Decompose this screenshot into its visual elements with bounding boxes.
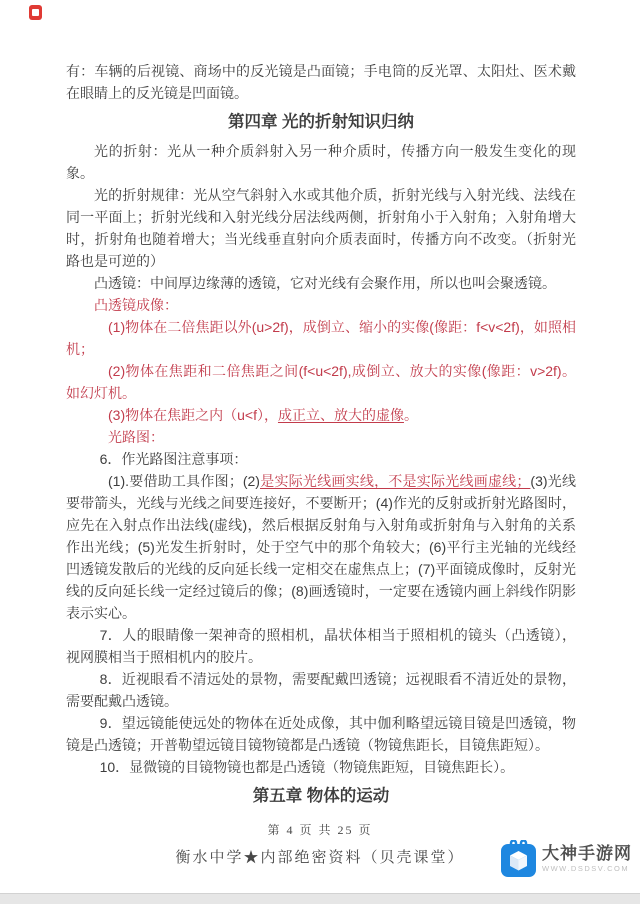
watermark: 大神手游网 WWW.DSDSV.COM	[501, 840, 632, 878]
text-segment: 有：车辆的后视镜、商场中的反光镜是凸面镜；手电筒的反光罩、太阳灶、医术戴在眼睛上…	[66, 63, 576, 101]
text-segment: 10．显微镜的目镜物镜也都是凸透镜（物镜焦距短，目镜焦距长）。	[100, 759, 515, 775]
paragraph: (1)物体在二倍焦距以外(u>2f)，成倒立、缩小的实像(像距：f<v<2f)，…	[66, 316, 576, 360]
paragraph: 光路图：	[66, 426, 576, 448]
text-segment: 7．人的眼睛像一架神奇的照相机，晶状体相当于照相机的镜头（凸透镜），视网膜相当于…	[66, 627, 576, 665]
paragraph: 9．望远镜能使远处的物体在近处成像，其中伽利略望远镜目镜是凹透镜，物镜是凸透镜；…	[66, 712, 576, 756]
site-url: WWW.DSDSV.COM	[542, 865, 632, 873]
paragraph: 凸透镜成像：	[66, 294, 576, 316]
page-number: 第 4 页 共 25 页	[0, 821, 640, 838]
text-segment: 8．近视眼看不清远处的景物，需要配戴凹透镜；远视眼看不清近处的景物，需要配戴凸透…	[66, 671, 576, 709]
text-segment: 第五章 物体的运动	[253, 787, 390, 805]
paragraph: 10．显微镜的目镜物镜也都是凸透镜（物镜焦距短，目镜焦距长）。	[66, 756, 576, 778]
bottom-strip	[0, 893, 640, 904]
site-name: 大神手游网	[542, 845, 632, 862]
text-segment: 6．作光路图注意事项：	[100, 451, 248, 467]
text-segment: 成正立、放大的虚像	[278, 407, 404, 423]
paragraph: (1).要借助工具作图；(2)是实际光线画实线，不是实际光线画虚线；(3)光线要…	[66, 470, 576, 624]
paragraph: 7．人的眼睛像一架神奇的照相机，晶状体相当于照相机的镜头（凸透镜），视网膜相当于…	[66, 624, 576, 668]
text-segment: 光的折射规律：光从空气斜射入水或其他介质，折射光线与入射光线、法线在同一平面上；…	[66, 187, 576, 269]
paragraph: 光的折射规律：光从空气斜射入水或其他介质，折射光线与入射光线、法线在同一平面上；…	[66, 184, 576, 272]
text-segment: (1).要借助工具作图；(2)	[108, 473, 260, 489]
document-body: 有：车辆的后视镜、商场中的反光镜是凸面镜；手电筒的反光罩、太阳灶、医术戴在眼睛上…	[66, 60, 576, 814]
page: 有：车辆的后视镜、商场中的反光镜是凸面镜；手电筒的反光罩、太阳灶、医术戴在眼睛上…	[0, 0, 640, 904]
paragraph: (2)物体在焦距和二倍焦距之间(f<u<2f),成倒立、放大的实像(像距：v>2…	[66, 360, 576, 404]
paragraph: 凸透镜：中间厚边缘薄的透镜，它对光线有会聚作用，所以也叫会聚透镜。	[66, 272, 576, 294]
text-segment: 凸透镜：中间厚边缘薄的透镜，它对光线有会聚作用，所以也叫会聚透镜。	[94, 275, 556, 291]
text-segment: 第四章 光的折射知识归纳	[228, 113, 414, 131]
text-segment: 光路图：	[108, 429, 164, 445]
top-left-badge-icon	[29, 5, 42, 20]
text-segment: (3)光线要带箭头，光线与光线之间要连接好，不要断开；(4)作光的反射或折射光路…	[66, 473, 576, 621]
chapter-heading: 第五章 物体的运动	[66, 781, 576, 811]
paragraph: (3)物体在焦距之内（u<f），成正立、放大的虚像。	[66, 404, 576, 426]
site-logo-icon	[501, 840, 536, 878]
paragraph: 有：车辆的后视镜、商场中的反光镜是凸面镜；手电筒的反光罩、太阳灶、医术戴在眼睛上…	[66, 60, 576, 104]
text-segment: (2)物体在焦距和二倍焦距之间(f<u<2f),成倒立、放大的实像(像距：v>2…	[66, 363, 576, 401]
paragraph: 8．近视眼看不清远处的景物，需要配戴凹透镜；远视眼看不清近处的景物，需要配戴凸透…	[66, 668, 576, 712]
text-segment: (1)物体在二倍焦距以外(u>2f)，成倒立、缩小的实像(像距：f<v<2f)，…	[66, 319, 576, 357]
paragraph: 光的折射：光从一种介质斜射入另一种介质时，传播方向一般发生变化的现象。	[66, 140, 576, 184]
text-segment: 光的折射：光从一种介质斜射入另一种介质时，传播方向一般发生变化的现象。	[66, 143, 576, 181]
text-segment: 。	[404, 407, 418, 423]
chapter-heading: 第四章 光的折射知识归纳	[66, 107, 576, 137]
text-segment: 是实际光线画实线，不是实际光线画虚线；	[260, 473, 530, 489]
text-segment: (3)物体在焦距之内（u<f），	[108, 407, 278, 423]
paragraph: 6．作光路图注意事项：	[66, 448, 576, 470]
text-segment: 凸透镜成像：	[94, 297, 178, 313]
text-segment: 9．望远镜能使远处的物体在近处成像，其中伽利略望远镜目镜是凹透镜，物镜是凸透镜；…	[66, 715, 576, 753]
